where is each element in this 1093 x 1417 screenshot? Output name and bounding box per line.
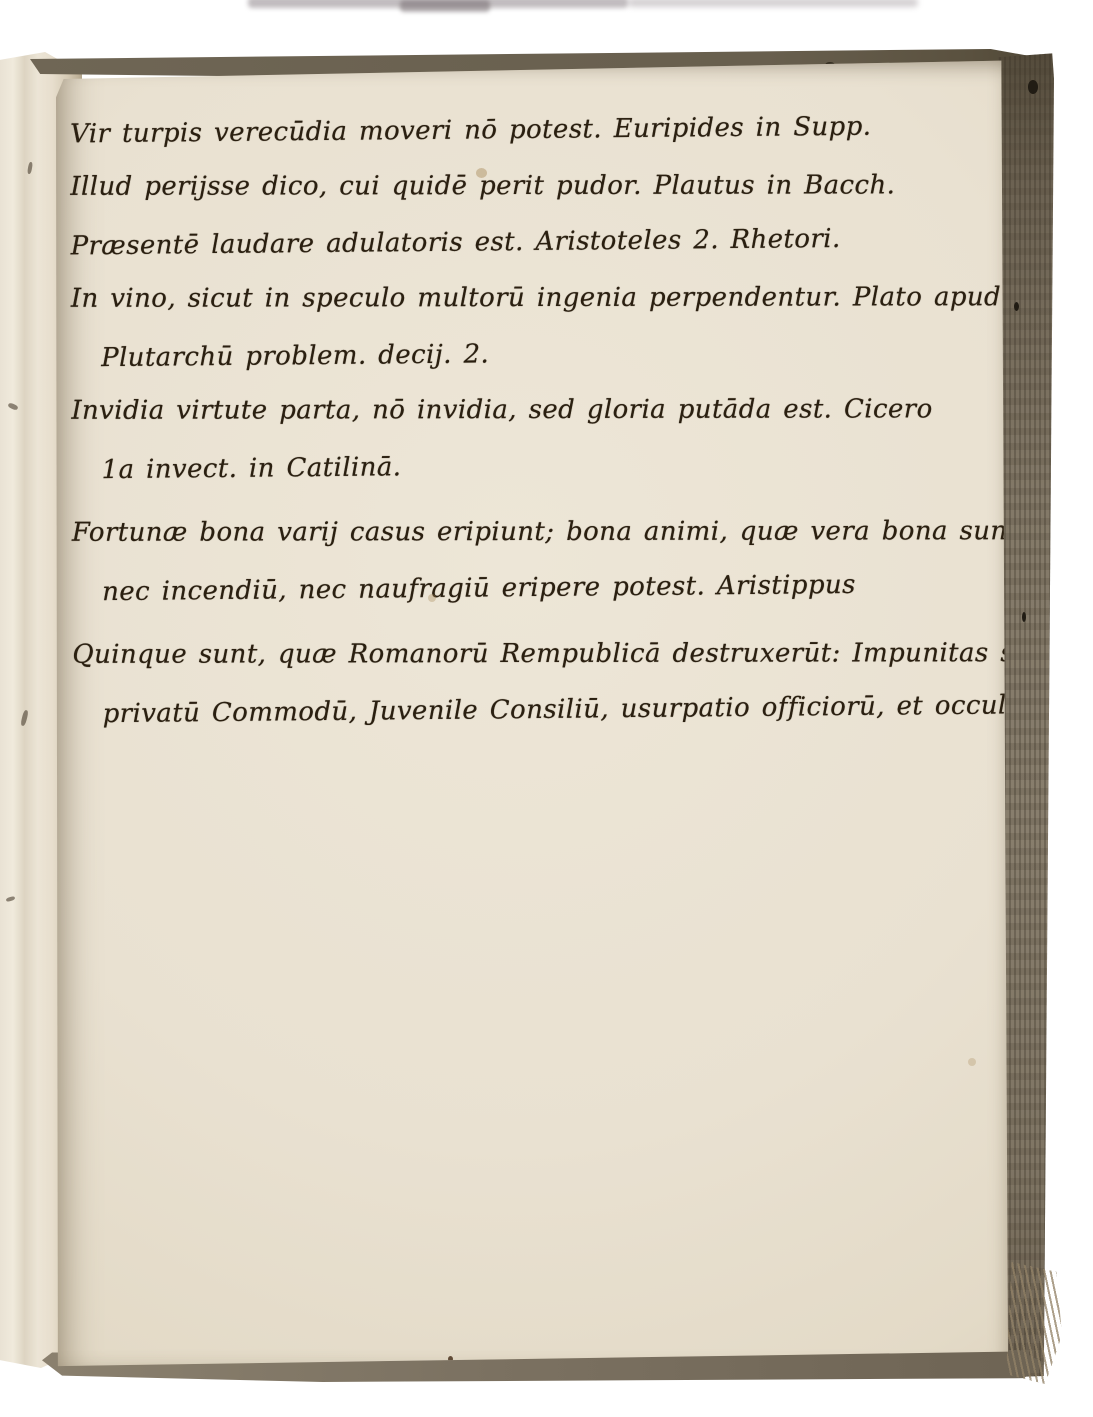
manuscript-page: Vir turpis verecūdia moveri nō potest. E… — [56, 58, 1008, 1370]
edge-stain — [1014, 302, 1019, 311]
manuscript-line: Illud perijsse dico, cui quidē perit pud… — [70, 157, 976, 215]
manuscript-line: privatū Commodū, Juvenile Consiliū, usur… — [102, 678, 978, 742]
manuscript-line: Invidia virtute parta, nō invidia, sed g… — [71, 381, 977, 439]
foxing-spot — [968, 1058, 976, 1066]
ink-mark — [20, 710, 29, 727]
edge-stain — [1028, 80, 1038, 94]
manuscript-line: Fortunæ bona varij casus eripiunt; bona … — [72, 503, 978, 561]
foxing-spot — [698, 1380, 702, 1384]
foxing-spot — [404, 1398, 410, 1405]
ink-mark — [27, 162, 33, 175]
edge-stain — [1022, 612, 1026, 622]
foxing-spot — [476, 168, 487, 178]
manuscript-line: Plutarchū problem. decij. 2. — [101, 322, 977, 386]
manuscript-line: Vir turpis verecūdia moveri nō potest. E… — [70, 98, 976, 163]
manuscript-line: nec incendiū, nec naufragiū eripere pote… — [102, 556, 978, 620]
ink-mark — [6, 896, 16, 903]
top-smudge — [628, 0, 918, 7]
manuscript-line: Quinque sunt, quæ Romanorū Rempublicā de… — [72, 625, 978, 683]
manuscript-photo: Vir turpis verecūdia moveri nō potest. E… — [0, 0, 1093, 1417]
handwritten-text-block: Vir turpis verecūdia moveri nō potest. E… — [70, 100, 979, 740]
manuscript-line: 1a invect. in Catilinā. — [101, 434, 977, 498]
manuscript-line: Præsentē laudare adulatoris est. Aristot… — [70, 210, 976, 275]
top-smudge — [400, 0, 490, 12]
ink-mark — [7, 402, 18, 411]
frayed-page-corner — [1006, 1262, 1062, 1384]
manuscript-line: In vino, sicut in speculo multorū ingeni… — [71, 269, 977, 327]
foxing-spot — [428, 594, 436, 602]
